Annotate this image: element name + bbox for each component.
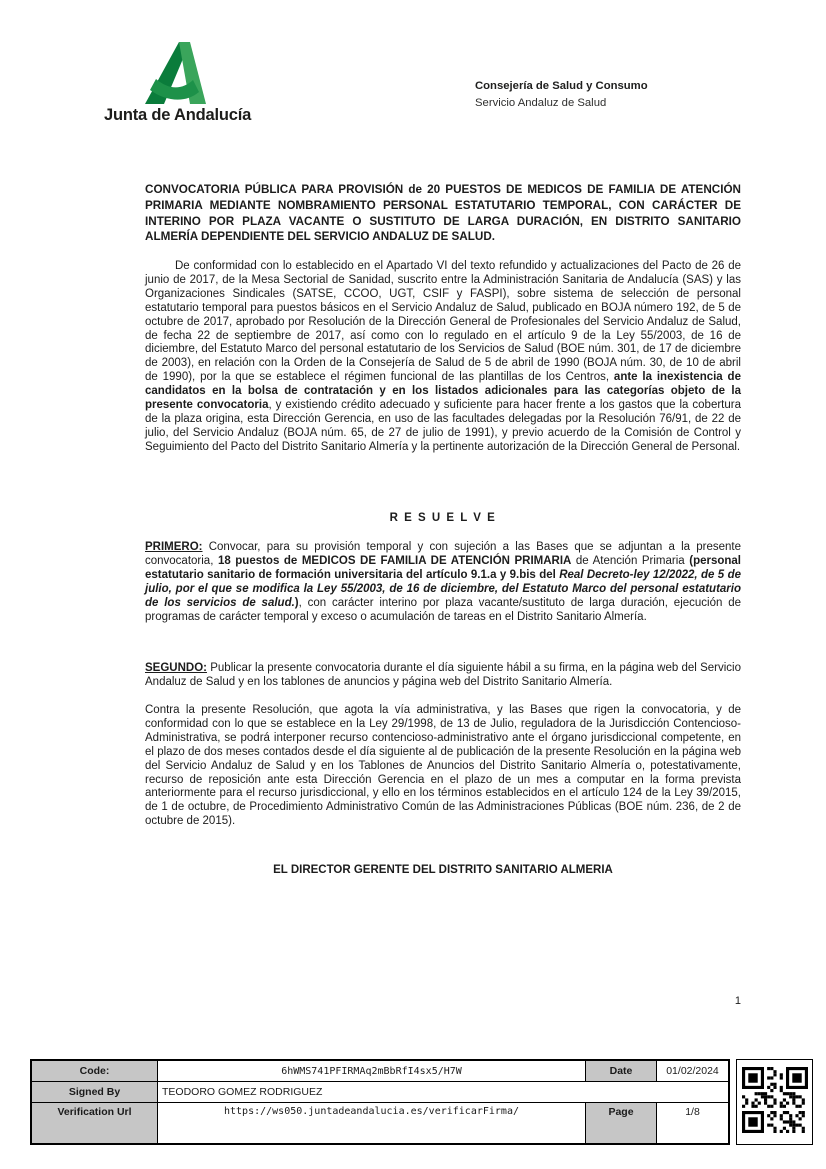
segundo-label: SEGUNDO: — [145, 662, 207, 674]
page-label: Page — [586, 1103, 657, 1143]
verification-url-label: Verification Url — [32, 1103, 158, 1143]
signature-table: Code: 6hWMS741PFIRMAq2mBbRfI4sx5/H7W Dat… — [30, 1059, 730, 1145]
document-page: Junta de Andalucía Consejería de Salud y… — [0, 0, 826, 1169]
page-value: 1/8 — [657, 1103, 728, 1143]
junta-logo-icon — [142, 42, 208, 104]
page-number: 1 — [145, 995, 741, 1007]
segundo-text: Publicar la presente convocatoria durant… — [145, 662, 741, 688]
logo-wordmark: Junta de Andalucía — [104, 106, 246, 125]
intro-paragraph: De conformidad con lo establecido en el … — [145, 260, 741, 455]
junta-logo: Junta de Andalucía — [104, 42, 246, 125]
intro-text-1: De conformidad con lo establecido en el … — [145, 260, 741, 383]
primero-text-2: de Atención Primaria — [571, 555, 689, 567]
code-label: Code: — [32, 1061, 158, 1082]
primero-paragraph: PRIMERO: Convocar, para su provisión tem… — [145, 541, 741, 624]
appeal-paragraph: Contra la presente Resolución, que agota… — [145, 704, 741, 829]
signed-by-value: TEODORO GOMEZ RODRIGUEZ — [158, 1082, 728, 1103]
closing-heading: EL DIRECTOR GERENTE DEL DISTRITO SANITAR… — [145, 864, 741, 878]
department-block: Consejería de Salud y Consumo Servicio A… — [475, 78, 648, 112]
qr-code — [742, 1067, 808, 1138]
code-value: 6hWMS741PFIRMAq2mBbRfI4sx5/H7W — [158, 1061, 586, 1082]
date-value: 01/02/2024 — [657, 1061, 728, 1082]
resuelve-heading: R E S U E L V E — [145, 512, 741, 526]
date-label: Date — [586, 1061, 657, 1082]
signed-by-label: Signed By — [32, 1082, 158, 1103]
verification-url-value[interactable]: https://ws050.juntadeandalucia.es/verifi… — [158, 1103, 586, 1143]
primero-bold-1: 18 puestos de MEDICOS DE FAMILIA DE ATEN… — [218, 555, 571, 567]
department-name: Consejería de Salud y Consumo — [475, 78, 648, 95]
qr-box — [736, 1059, 813, 1145]
service-name: Servicio Andaluz de Salud — [475, 95, 648, 112]
primero-label: PRIMERO: — [145, 541, 203, 553]
segundo-paragraph: SEGUNDO: Publicar la presente convocator… — [145, 662, 741, 690]
document-title: CONVOCATORIA PÚBLICA PARA PROVISIÓN de 2… — [145, 182, 741, 245]
